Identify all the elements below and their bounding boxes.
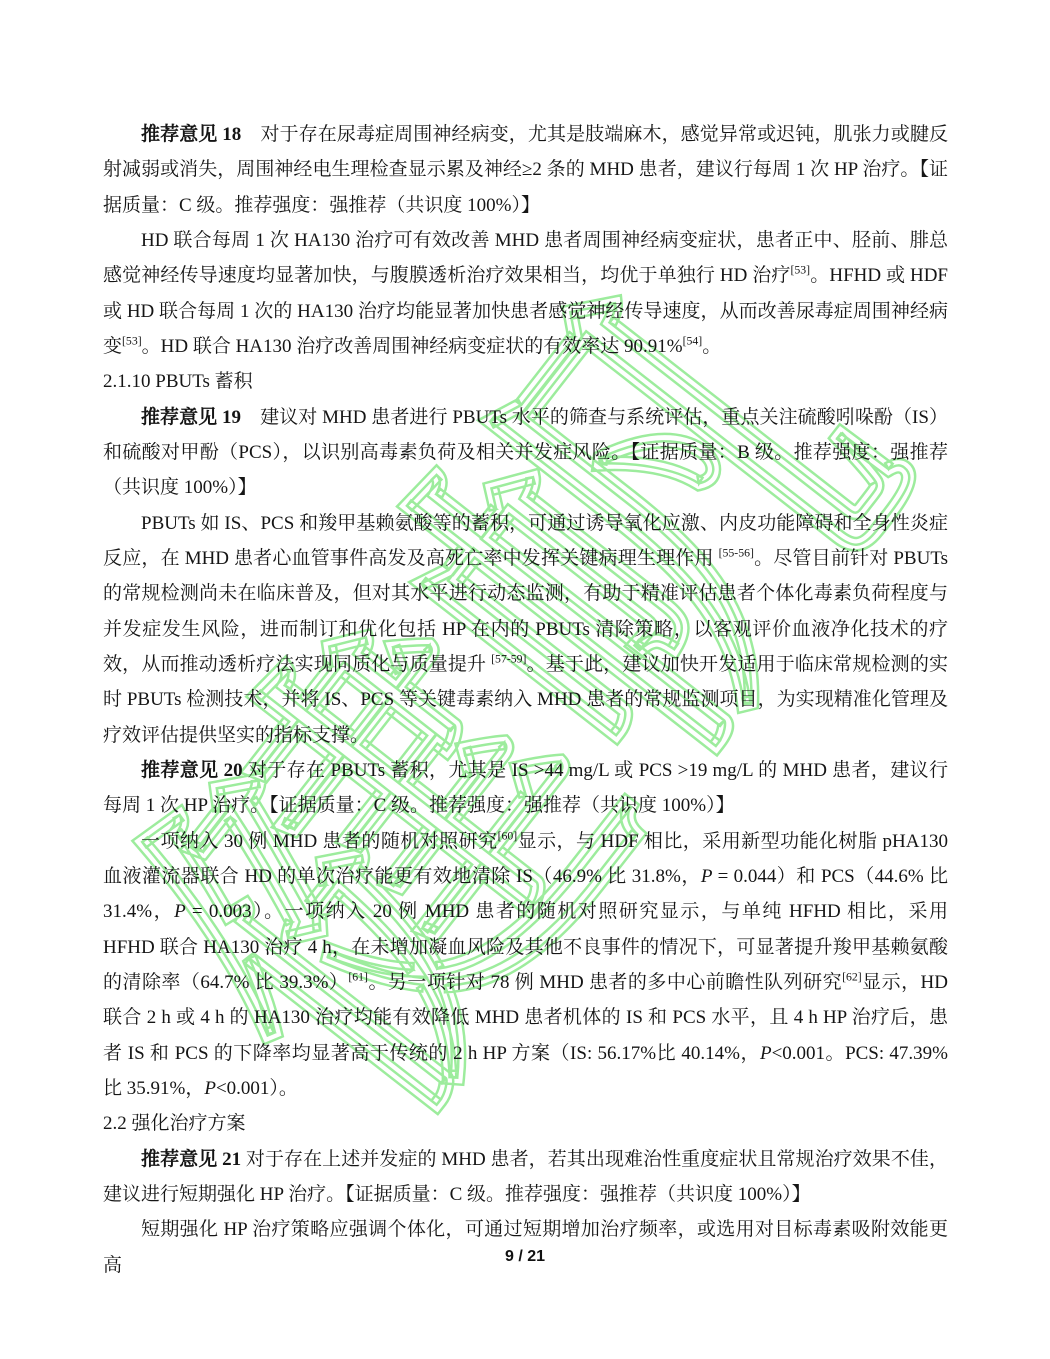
text-run: 推荐意见 21: [141, 1149, 241, 1170]
text-run: 推荐意见 18: [141, 124, 241, 145]
text-run: 2.1.10 PBUTs 蓄积: [103, 371, 253, 392]
citation-superscript: [54]: [683, 335, 703, 348]
text-run: 。: [702, 336, 721, 357]
text-run: 推荐意见 20: [141, 760, 243, 781]
citation-superscript: [60]: [498, 829, 518, 842]
paragraph: 推荐意见 19 建议对 MHD 患者进行 PBUTs 水平的筛查与系统评估，重点…: [103, 400, 948, 506]
citation-superscript: [62]: [842, 971, 862, 984]
text-run: 。HD 联合 HA130 治疗改善周围神经病变症状的有效率达 90.91%: [142, 336, 683, 357]
text-run: 推荐意见 19: [141, 407, 241, 428]
paragraph: 推荐意见 18 对于存在尿毒症周围神经病变，尤其是肢端麻木，感觉异常或迟钝，肌张…: [103, 117, 948, 223]
text-run: 一项纳入 30 例 MHD 患者的随机对照研究: [141, 831, 498, 852]
paragraph: 推荐意见 20 对于存在 PBUTs 蓄积，尤其是 IS >44 mg/L 或 …: [103, 753, 948, 824]
paragraph: HD 联合每周 1 次 HA130 治疗可有效改善 MHD 患者周围神经病变症状…: [103, 223, 948, 364]
text-run: P: [760, 1043, 772, 1064]
text-run: 2.2 强化治疗方案: [103, 1113, 246, 1134]
section-heading: 2.2 强化治疗方案: [103, 1106, 948, 1141]
text-run: P: [204, 1078, 216, 1099]
text-run: 。另一项针对 78 例 MHD 患者的多中心前瞻性队列研究: [368, 972, 842, 993]
citation-superscript: [53]: [122, 335, 142, 348]
citation-superscript: [61]: [348, 971, 368, 984]
citation-superscript: [55-56]: [719, 547, 754, 560]
paragraph: 一项纳入 30 例 MHD 患者的随机对照研究[60]显示，与 HDF 相比，采…: [103, 824, 948, 1107]
document-page: 健帆 推荐意见 18 对于存在尿毒症周围神经病变，尤其是肢端麻木，感觉异常或迟钝…: [0, 0, 1050, 1359]
text-run: <0.001）。: [216, 1078, 298, 1099]
text-run: P: [174, 901, 186, 922]
page-number: 9 / 21: [0, 1248, 1050, 1266]
citation-superscript: [57-59]: [491, 653, 526, 666]
paragraph: PBUTs 如 IS、PCS 和羧甲基赖氨酸等的蓄积，可通过诱导氧化应激、内皮功…: [103, 506, 948, 753]
text-run: P: [701, 866, 713, 887]
paragraph: 推荐意见 21 对于存在上述并发症的 MHD 患者，若其出现难治性重度症状且常规…: [103, 1142, 948, 1213]
document-content: 推荐意见 18 对于存在尿毒症周围神经病变，尤其是肢端麻木，感觉异常或迟钝，肌张…: [103, 117, 948, 1283]
section-heading: 2.1.10 PBUTs 蓄积: [103, 364, 948, 399]
citation-superscript: [53]: [791, 264, 811, 277]
